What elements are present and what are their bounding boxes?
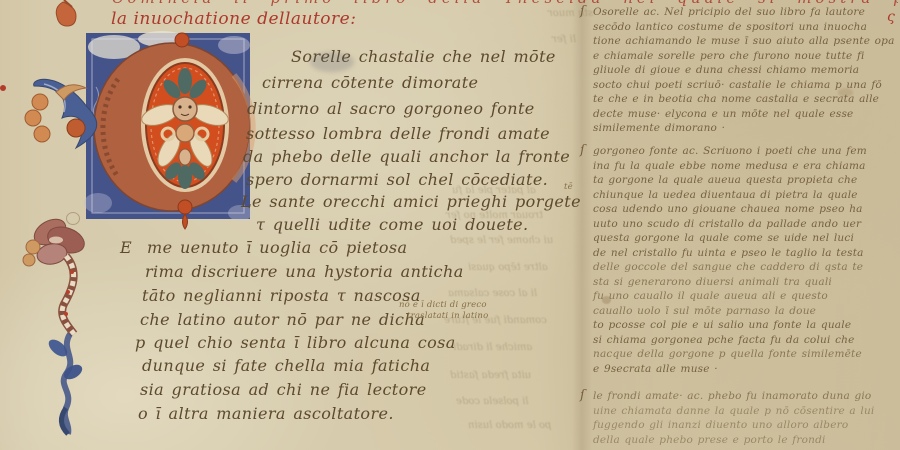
bleedthrough-text: li polsela code [456,396,529,407]
bleedthrough-text: al pater ple la fu [452,185,536,196]
gloss-line-18: delle goccole del sangue che caddero di … [593,261,863,273]
gloss-line-29: della quale phebo prese e porto le frond… [593,434,826,446]
gloss-line-12: ta gorgone la quale aueua questa propiet… [593,174,857,186]
interlinear-note-line-1: nō e ī dicti di greco [399,300,487,310]
ink-smudge [310,52,354,72]
initial-face [173,97,197,121]
margin-flourishes [0,0,130,450]
bleedthrough-text: uita freda fastid [450,370,531,381]
main-text-line-16: o ī altra maniera ascoltatore. [138,404,394,423]
gloss-line-3: tione achiamando le muse ī suo aiuto all… [593,35,895,47]
bleedthrough-text: amiche li diradi [453,342,532,353]
main-text-line-2: cirrena cōtente dimorate [262,73,478,92]
gloss-line-1: Osorelle ac. Nel pricipio del suo libro … [593,6,865,18]
bleedthrough-text: li al cose calsama [448,288,537,299]
gloss-line-21: cauallo uolo ī sul mōte parnaso la doue [593,305,816,317]
margin-red-dot [0,85,6,91]
bleedthrough-text: trouar molte no fer [446,210,543,221]
main-text-line-13: p quel chio senta ī libro alcuna cosa [135,333,456,352]
gloss-line-26: le frondi amate· ac. phebo fu inamorato … [593,390,871,402]
gloss-line-22: to pcosse col pie e ui salio una fonte l… [593,319,851,331]
margin-blue-leaf-flourish [25,79,97,148]
main-text-line-14: dunque si fate chella mia faticha [142,356,430,375]
initial-top-knob [175,33,189,47]
gloss-line-20: fu uno cauallo il quale aueua ali e ques… [593,290,828,302]
gloss-line-16: questa gorgone la quale come se uide nel… [593,232,854,244]
main-text-line-15: sia gratiosa ad chi ne fia lectore [140,380,427,399]
gloss-line-7: te che e in beotia cha nome castalia e s… [593,93,879,105]
manuscript-page: Comincia il primo libro della Theseida n… [0,0,900,450]
gloss-paragraph-mark-2: ſ [580,143,585,158]
margin-vine-stem [46,256,85,434]
gloss-side-mark: tē [564,182,573,192]
bleedthrough-text: comandi fue le fture [444,315,547,326]
parchment-spot [602,296,611,304]
page-fold-shadow [572,0,592,450]
gloss-line-28: fuggendo gli inanzi diuento uno alloro a… [593,419,848,431]
gloss-line-19: sta si generarono diuersi animali tra qu… [593,276,832,288]
main-text-line-10: rima discriuere una hystoria anticha [145,262,464,281]
main-text-line-4: sottesso lombra delle frondi amate [246,124,550,143]
parchment-blemish [66,212,80,225]
initial-pendant-drop [183,214,188,229]
gloss-paragraph-mark-3: ſ [580,388,585,403]
main-text-line-9: E me uenuto ī uoglia cō pietosa [120,238,407,257]
main-text-line-5: da phebo delle quali anchor la fronte [243,147,570,166]
main-text-line-12: che latino autor nō par ne dicha [140,310,425,329]
gloss-line-8: decte muse· elycona e un mōte nel quale … [593,108,853,120]
bleedthrough-text: ui chome fer le sped [450,235,553,246]
gloss-line-11: ina fu la quale ebbe nome medusa e era c… [593,160,866,172]
gloss-line-14: cosa udendo uno giouane chauea nome pseo… [593,203,863,215]
gloss-line-2: secōdo lantico costume de spositori una … [593,21,867,33]
gloss-line-13: chiunque la uedea diuentaua di pietra la… [593,189,858,201]
gloss-line-25: e 9secrata alle muse · [593,363,718,375]
gloss-line-24: nacque della gorgone p quella fonte simi… [593,348,862,360]
gloss-line-23: si chiama gorgonea pche facta fu da colu… [593,334,855,346]
bleedthrough-text: po le modo lusin [468,420,551,431]
bleedthrough-text: sta muor [548,8,593,19]
main-text-line-11: tāto neglianni riposta τ nascosa [142,286,421,305]
rubric-edge-mark: ς [887,9,895,25]
margin-teardrop-ornament [56,0,76,26]
gloss-line-15: uuto uno scudo di cristallo da pallade a… [593,218,861,230]
parchment-spot [838,88,853,97]
main-text-line-3: dintorno al sacro gorgoneo fonte [247,99,535,118]
gloss-line-17: de nel cristallo fu uinta e pseo le tagl… [593,247,864,259]
bleedthrough-text: li fer [552,34,576,45]
bleedthrough-text: altre tēpo quasi [468,262,548,273]
gloss-line-9: similemente dimorano · [593,122,725,134]
gloss-line-10: gorgoneo fonte ac. Scriuono i poeti che … [593,145,867,157]
gloss-line-27: uine chiamata danne la quale p nō cōsent… [593,405,874,417]
rubric-line-2: la inuochatione dellautore: [111,9,356,29]
gloss-line-4: e chiamale sorelle pero che furono noue … [593,50,865,62]
gloss-line-5: gliuole di gioue e duna chessi chiamo me… [593,64,859,76]
